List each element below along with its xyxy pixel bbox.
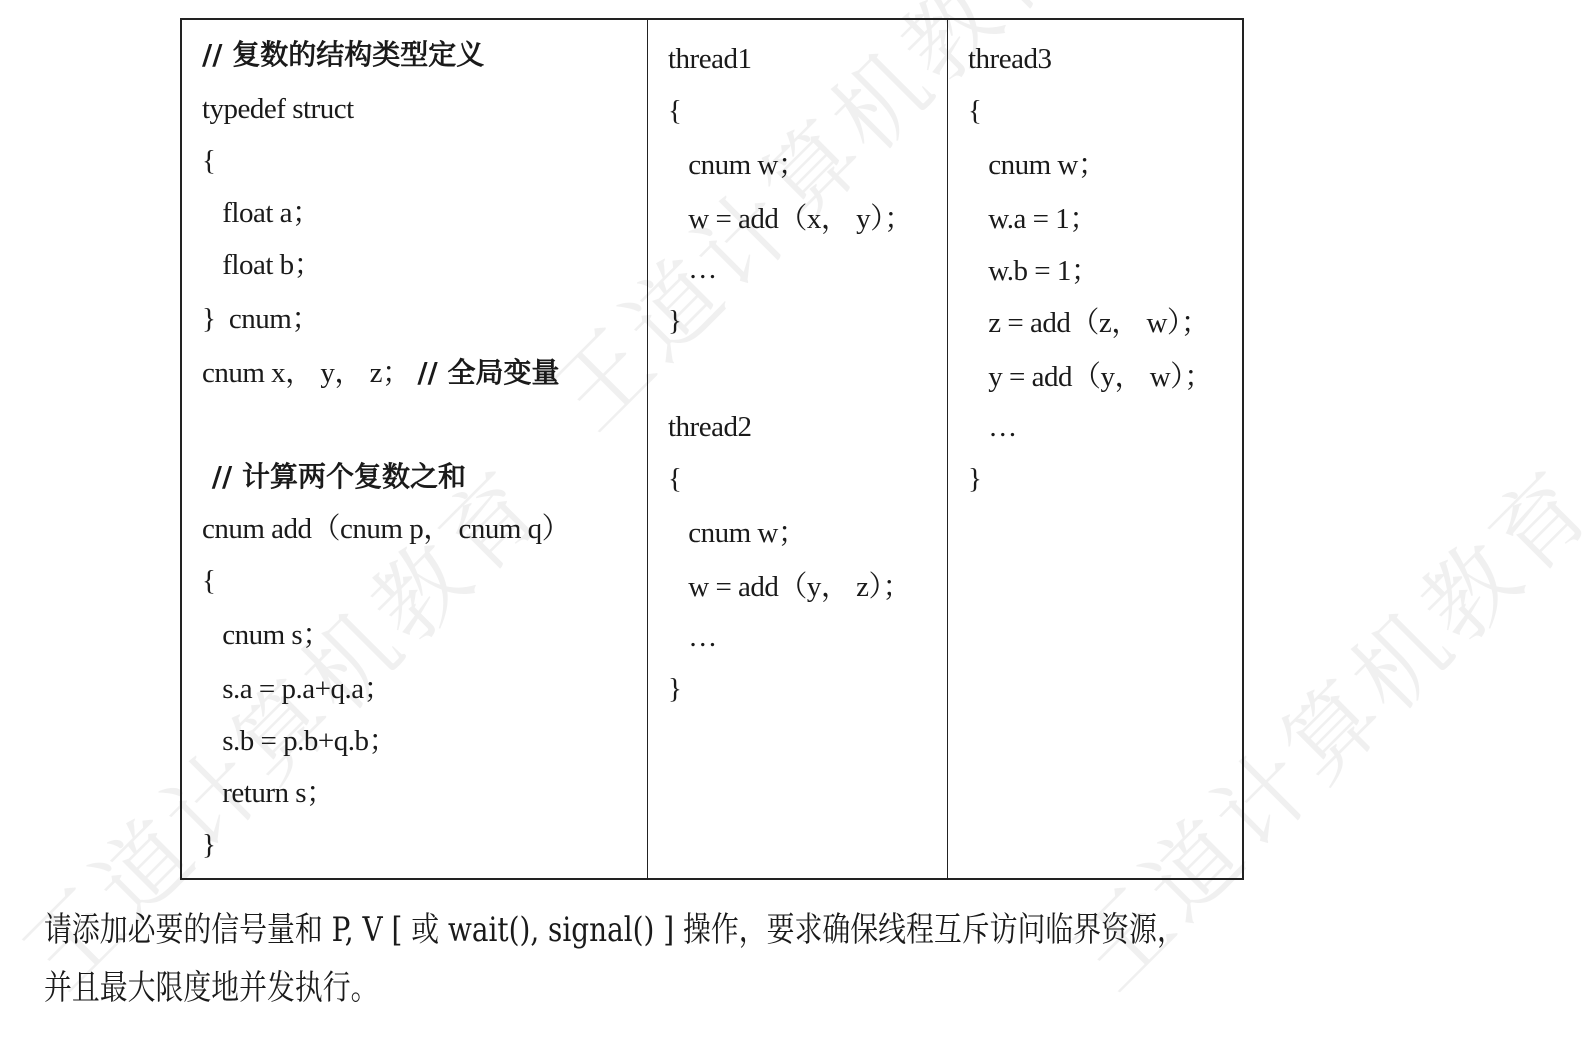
code-line: } xyxy=(202,828,215,862)
code-line: // 计算两个复数之和 xyxy=(202,460,466,494)
question-text-line-2: 并且最大限度地并发执行。 xyxy=(44,968,379,1008)
code-line: // 复数的结构类型定义 xyxy=(202,38,484,72)
code-line: } xyxy=(668,672,681,706)
thread3-title: thread3 xyxy=(968,42,1051,76)
thread1-title: thread1 xyxy=(668,42,751,76)
code-line: s.b = p.b+q.b； xyxy=(202,724,397,758)
code-line: cnum add（cnum p， cnum q） xyxy=(202,512,570,546)
code-line: typedef struct xyxy=(202,92,354,126)
code-line: z = add（z， w）； xyxy=(968,306,1209,340)
code-column-thread1-thread2: thread1 { cnum w； w = add（x， y）； … } thr… xyxy=(648,20,948,878)
code-line: cnum s； xyxy=(202,618,331,652)
question-text-line-1: 请添加必要的信号量和 P, V [ 或 wait(), signal() ] 操… xyxy=(44,910,1185,950)
code-table: // 复数的结构类型定义 typedef struct { float a； f… xyxy=(180,18,1244,880)
code-line: float a； xyxy=(202,196,321,230)
code-line: w = add（y， z）； xyxy=(668,570,911,604)
code-column-struct-and-add: // 复数的结构类型定义 typedef struct { float a； f… xyxy=(182,20,648,878)
code-line: } cnum； xyxy=(202,302,320,336)
code-line: w = add（x， y）； xyxy=(668,202,913,236)
code-line: … xyxy=(668,252,717,286)
code-line: … xyxy=(668,620,717,654)
code-line: w.b = 1； xyxy=(968,254,1099,288)
code-line: return s； xyxy=(202,776,335,810)
code-line: cnum w； xyxy=(668,148,806,182)
code-line: } xyxy=(968,462,981,496)
code-line: cnum w； xyxy=(968,148,1106,182)
code-line: { xyxy=(202,564,215,598)
thread2-title: thread2 xyxy=(668,410,751,444)
code-line: { xyxy=(202,144,215,178)
code-line: cnum w； xyxy=(668,516,806,550)
code-line: float b； xyxy=(202,248,322,282)
code-line: { xyxy=(668,94,681,128)
code-line: } xyxy=(668,304,681,338)
code-line: y = add（y， w）； xyxy=(968,360,1213,394)
code-line: … xyxy=(968,410,1017,444)
code-line: w.a = 1； xyxy=(968,202,1098,236)
code-column-thread3: thread3 { cnum w； w.a = 1； w.b = 1； z = … xyxy=(948,20,1242,878)
global-comment: // 全局变量 xyxy=(417,356,559,389)
global-decl: cnum x， y， z； xyxy=(202,357,411,389)
code-line: cnum x， y， z； // 全局变量 xyxy=(202,356,560,390)
code-line: s.a = p.a+q.a； xyxy=(202,672,392,706)
code-line: { xyxy=(968,94,981,128)
code-line: { xyxy=(668,462,681,496)
